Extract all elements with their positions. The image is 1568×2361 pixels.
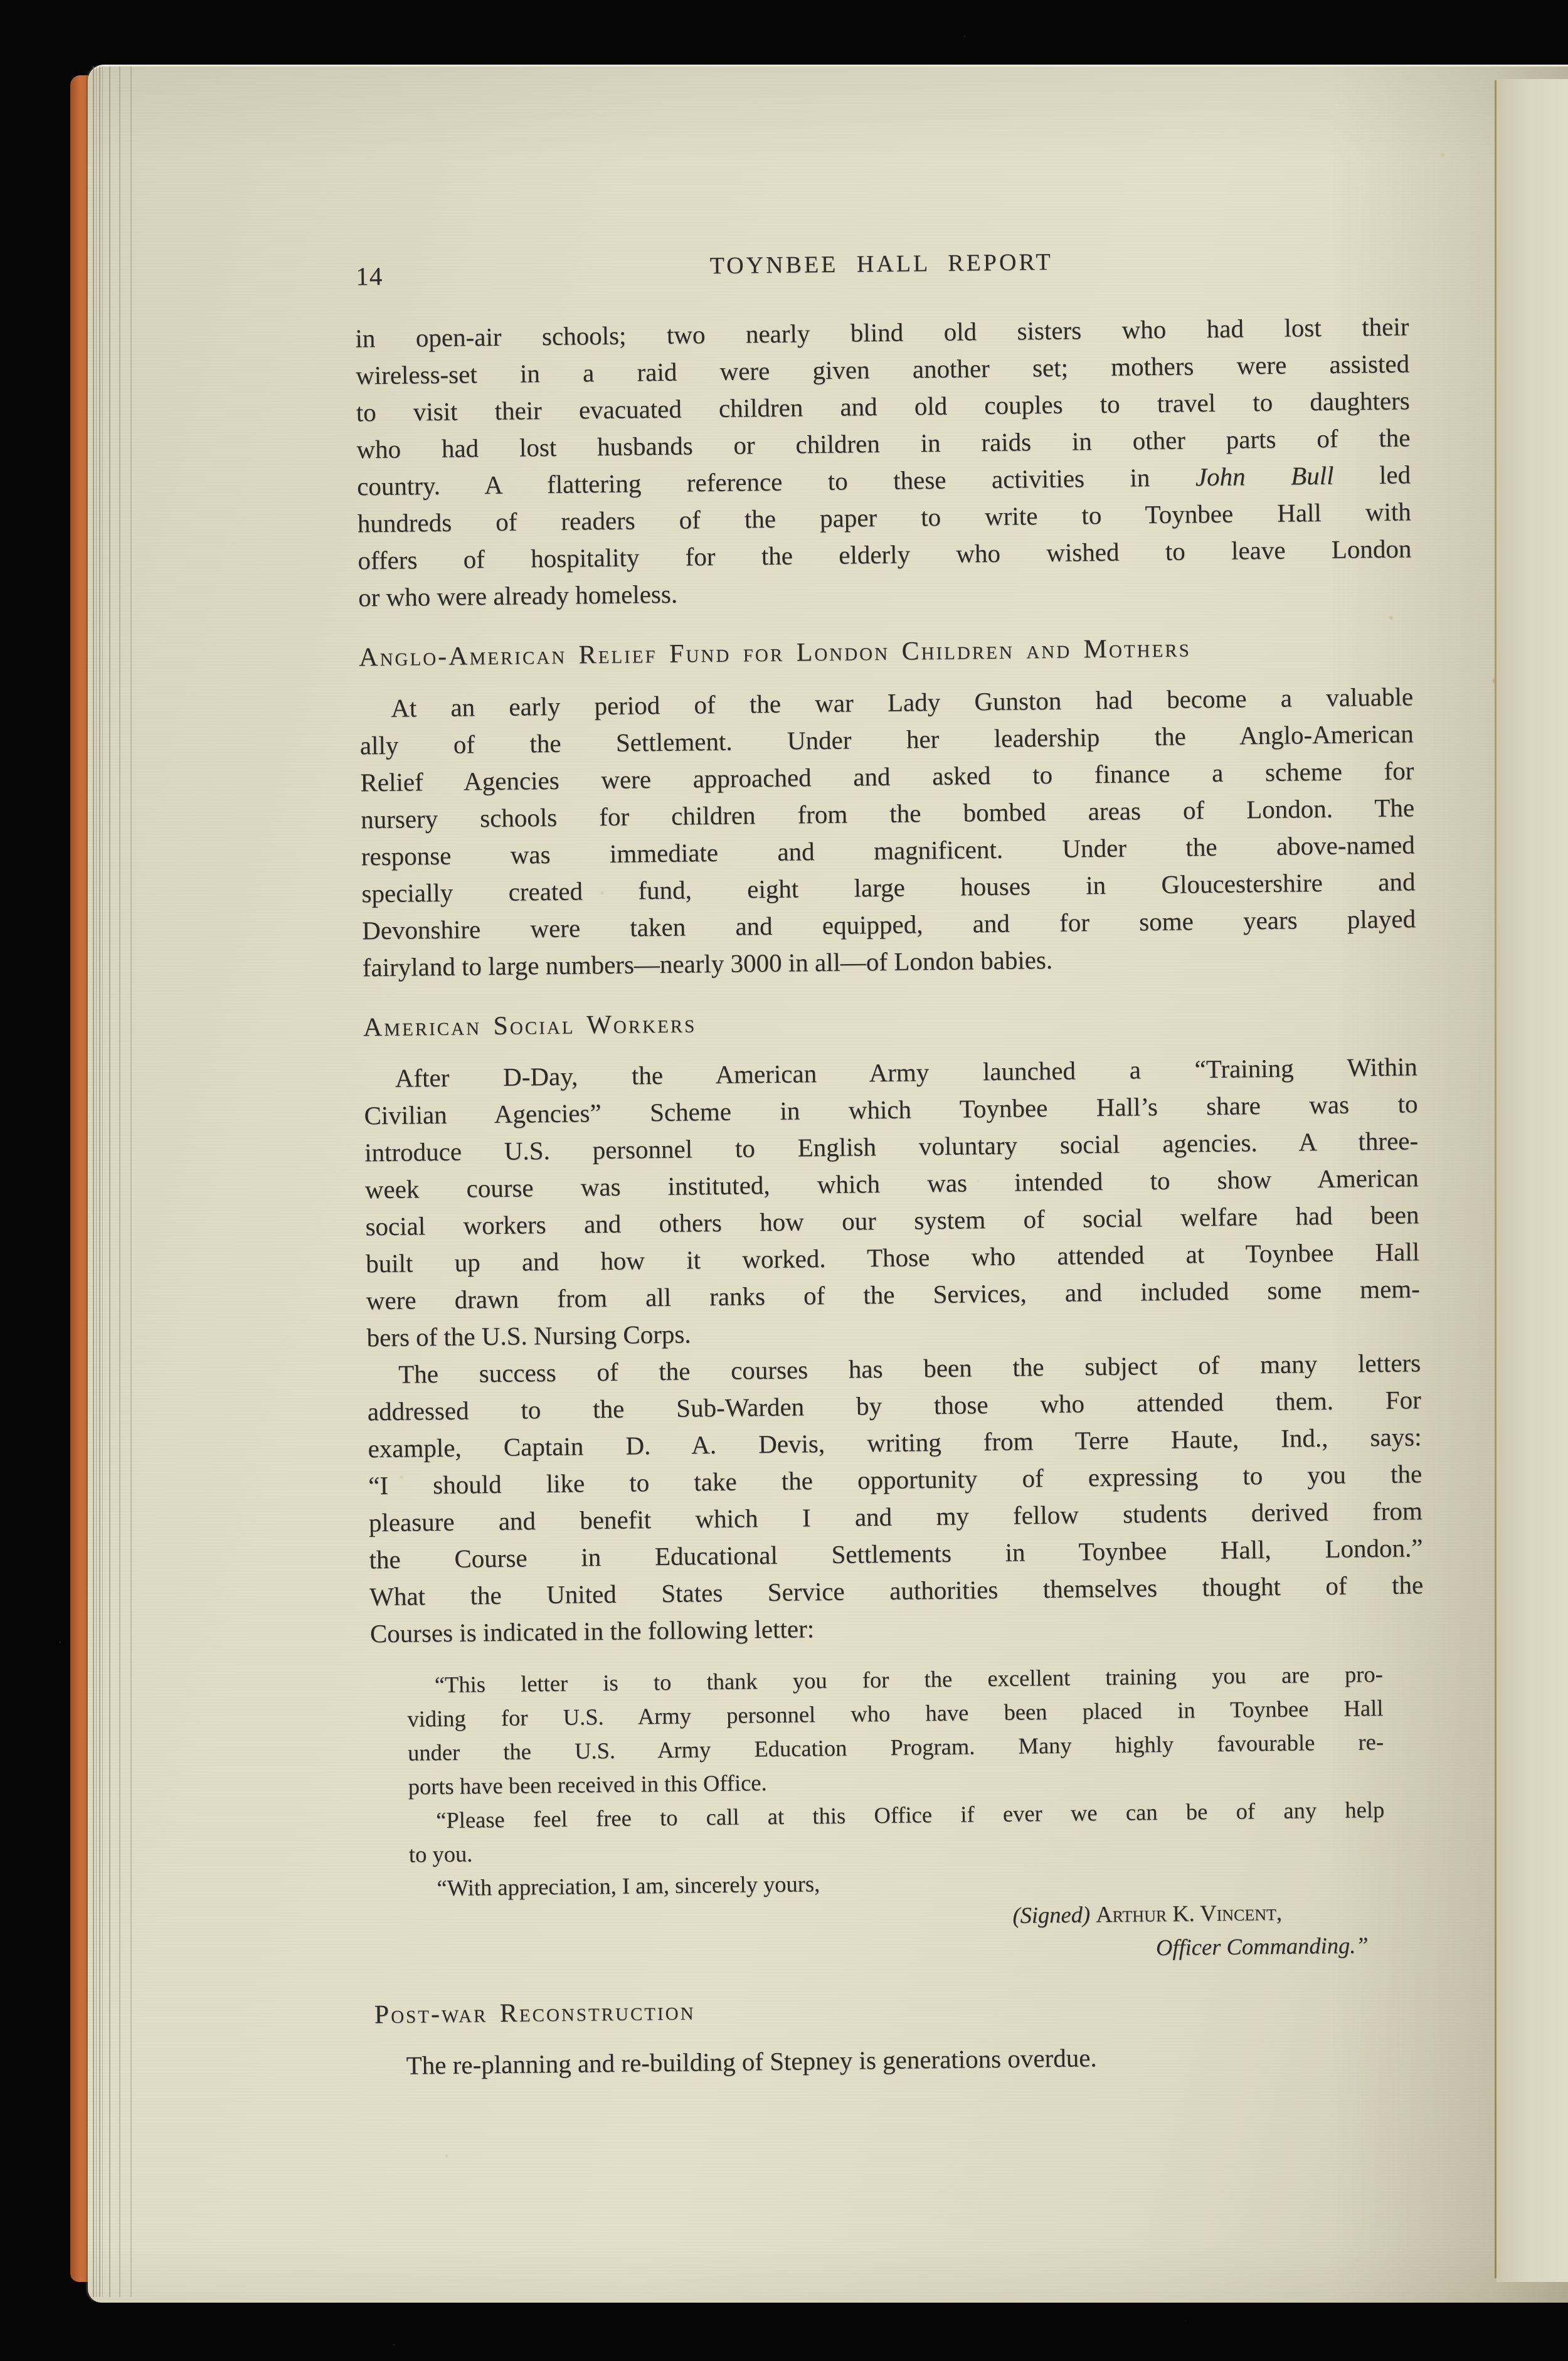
section-heading: Anglo-American Relief Fund for London Ch… xyxy=(359,627,1413,676)
photo-backdrop: { "colors": { "bg": "#060606", "paper": … xyxy=(0,0,1568,2361)
section-heading: Post-war Reconstruction xyxy=(374,1984,1428,2034)
sections: in open-air schools; two nearly blind ol… xyxy=(355,308,1429,2084)
paragraph: At an early period of the war Lady Gunst… xyxy=(359,678,1416,986)
letter-block: “This letter is to thank you for the exc… xyxy=(407,1657,1386,1973)
printed-page-content: 14 TOYNBEE HALL REPORT in open-air schoo… xyxy=(354,244,1429,2084)
paragraph: After D-Day, the American Army launched … xyxy=(364,1048,1421,1356)
section-heading: American Social Workers xyxy=(363,997,1417,1046)
paragraph: The success of the courses has been the … xyxy=(367,1344,1424,1652)
page-number: 14 xyxy=(356,261,383,291)
paragraph: in open-air schools; two nearly blind ol… xyxy=(355,308,1412,616)
facing-page-sliver xyxy=(1496,79,1568,2282)
